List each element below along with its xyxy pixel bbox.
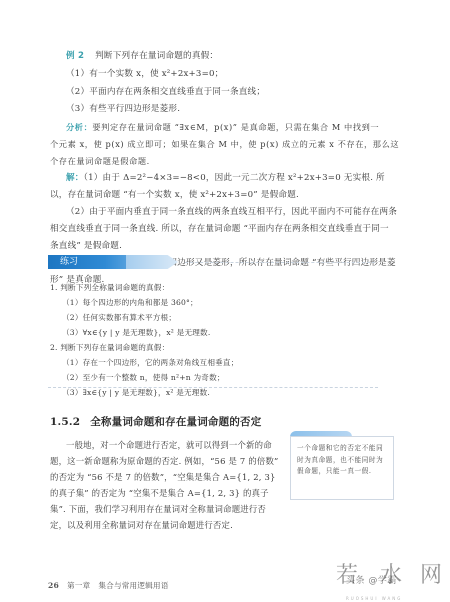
exercise-item: （2）至少有一个整数 n，使得 n²+n 为奇数； <box>62 371 225 384</box>
watermark-char: 网 <box>420 564 442 588</box>
side-note: 一个命题和它的否定不能同时为真命题，也不能同时为假命题，只能一真一假. <box>290 436 394 500</box>
side-note-text: 一个命题和它的否定不能同时为真命题，也不能同时为假命题，只能一真一假. <box>297 443 389 478</box>
banner-arrow-fade <box>126 255 178 269</box>
example-item: （2）平面内存在两条相交直线垂直于同一条直线； <box>66 85 265 101</box>
section-heading: 1.5.2全称量词命题和存在量词命题的否定 <box>50 415 261 431</box>
analysis-label: 分析： <box>66 122 92 132</box>
textbook-page: 例 2 判断下列存在量词命题的真假： （1）有一个实数 x，使 x²+2x+3=… <box>0 0 450 602</box>
watermark-subtitle: RUOSHUI WANG <box>346 591 402 602</box>
body-line: 的真子集” 的否定为 “空集不是集合 A={1, 2, 3} 的真子 <box>50 485 269 501</box>
dashed-divider <box>185 262 375 263</box>
body-line: 定，以及利用全称量词对存在量词命题进行否定. <box>50 517 233 533</box>
exercise-question: 1. 判断下列全称量词命题的真假： <box>50 281 169 294</box>
section-title: 全称量词命题和存在量词命题的否定 <box>90 416 261 428</box>
body-line: 的否定为 “56 不是 7 的倍数”，“空集是集合 A={1, 2, 3} <box>50 469 276 485</box>
exercise-item: （1）每个四边形的内角和都是 360°； <box>62 296 198 309</box>
example-item: （1）有一个实数 x，使 x²+2x+3=0； <box>66 67 223 83</box>
section-number: 1.5.2 <box>50 416 80 428</box>
solution-line: 解：（1）由于 Δ=2²−4×3=−8<0，因此一元二次方程 x²+2x+3=0… <box>66 171 385 187</box>
analysis-line: 个元素 x，使 p(x) 成立即可；如果在集合 M 中，使 p(x) 成立的元素… <box>50 137 399 153</box>
analysis-text: 要判定存在量词命题 “∃x∈M，p(x)” 是真命题，只需在集合 M 中找到一 <box>92 122 379 132</box>
exercise-item: （2）任何实数都有算术平方根； <box>62 311 176 324</box>
watermark: 若 水 网 头条 @学霸 RUOSHUI WANG <box>336 564 444 598</box>
exercise-item: （1）存在一个四边形，它的两条对角线互相垂直； <box>62 356 239 369</box>
example-label: 例 2 <box>66 51 84 61</box>
exercise-label: 练习 <box>60 255 78 269</box>
chapter-title: 集合与常用逻辑用语 <box>98 581 168 590</box>
analysis-line: 个存在量词命题是假命题. <box>50 154 150 170</box>
analysis-line: 分析：要判定存在量词命题 “∃x∈M，p(x)” 是真命题，只需在集合 M 中找… <box>66 120 379 136</box>
example-item: （3）有些平行四边形是菱形. <box>66 102 180 118</box>
solution-line: 以，存在量词命题 “有一个实数 x，使 x²+2x+3=0” 是假命题. <box>50 188 299 204</box>
watermark-handle: 头条 @学霸 <box>346 574 397 590</box>
body-line: 集”. 下面，我们学习利用存在量词对全称量词命题进行否 <box>50 501 266 517</box>
exercise-item: （3）∀x∈{y | y 是无理数}，x² 是无理数. <box>62 326 210 339</box>
page-footer: 26第一章集合与常用逻辑用语 <box>48 578 169 594</box>
solution-label: 解： <box>66 173 84 183</box>
chapter-label: 第一章 <box>67 581 90 590</box>
body-line: 题，这一新命题称为原命题的否定. 例如，“56 是 7 的倍数” <box>50 453 279 469</box>
page-number: 26 <box>48 581 59 590</box>
solution-line: 相交直线垂直于同一条直线. 所以，存在量词命题 “平面内存在两条相交直线垂直于同… <box>50 222 389 238</box>
example-title: 判断下列存在量词命题的真假： <box>95 51 218 61</box>
solution-line: （2）由于平面内垂直于同一条直线的两条直线互相平行，因此平面内不可能存在两条 <box>66 205 397 221</box>
solution-line: 条直线” 是假命题. <box>50 239 122 255</box>
example-heading: 例 2 判断下列存在量词命题的真假： <box>66 49 218 65</box>
body-line: 一般地，对一个命题进行否定，就可以得到一个新的命 <box>66 437 272 453</box>
solution-text: （1）由于 Δ=2²−4×3=−8<0，因此一元二次方程 x²+2x+3=0 无… <box>84 173 385 183</box>
dashed-divider <box>48 387 378 388</box>
exercise-question: 2. 判断下列存在量词命题的真假： <box>50 341 169 354</box>
